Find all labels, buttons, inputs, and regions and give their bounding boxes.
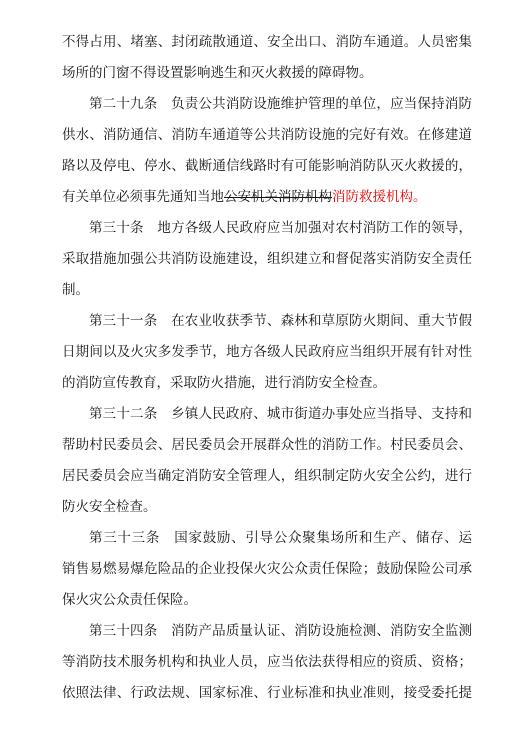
document-page: 不得占用、堵塞、封闭疏散通道、安全出口、消防车通道。人员密集 场所的门窗不得设置…	[0, 0, 530, 736]
document-line: 日期间以及火灾多发季节，地方各级人民政府应当组织开展有针对性	[62, 336, 472, 367]
document-line-article-34: 第三十四条 消防产品质量认证、消防设施检测、消防安全监测	[62, 615, 472, 646]
document-line: 防火安全检查。	[62, 491, 472, 522]
document-line: 居民委员会应当确定消防安全管理人，组织制定防火安全公约，进行	[62, 460, 472, 491]
document-line-edited: 有关单位必须事先通知当地公安机关消防机构消防救援机构。	[62, 181, 472, 212]
document-line: 制。	[62, 274, 472, 305]
document-line: 等消防技术服务机构和执业人员，应当依法获得相应的资质、资格；	[62, 646, 472, 677]
document-line: 依照法律、行政法规、国家标准、行业标准和执业准则，接受委托提	[62, 677, 472, 708]
document-line: 供水、消防通信、消防车通道等公共消防设施的完好有效。在修建道	[62, 119, 472, 150]
document-line: 路以及停电、停水、截断通信线路时有可能影响消防队灭火救援的，	[62, 150, 472, 181]
document-line-article-31: 第三十一条 在农业收获季节、森林和草原防火期间、重大节假	[62, 305, 472, 336]
inserted-text: 消防救援机构。	[332, 189, 427, 204]
edited-line-before-text: 有关单位必须事先通知当地	[62, 189, 224, 204]
document-line: 帮助村民委员会、居民委员会开展群众性的消防工作。村民委员会、	[62, 429, 472, 460]
document-line: 场所的门窗不得设置影响逃生和灭火救援的障碍物。	[62, 57, 472, 88]
document-line: 的消防宣传教育，采取防火措施，进行消防安全检查。	[62, 367, 472, 398]
document-line: 销售易燃易爆危险品的企业投保火灾公众责任保险；鼓励保险公司承	[62, 553, 472, 584]
document-line-article-29: 第二十九条 负责公共消防设施维护管理的单位，应当保持消防	[62, 88, 472, 119]
document-line-article-30: 第三十条 地方各级人民政府应当加强对农村消防工作的领导，	[62, 212, 472, 243]
document-line: 不得占用、堵塞、封闭疏散通道、安全出口、消防车通道。人员密集	[62, 26, 472, 57]
document-line: 采取措施加强公共消防设施建设，组织建立和督促落实消防安全责任	[62, 243, 472, 274]
document-line: 保火灾公众责任保险。	[62, 584, 472, 615]
document-line-article-32: 第三十二条 乡镇人民政府、城市街道办事处应当指导、支持和	[62, 398, 472, 429]
document-line-article-33: 第三十三条 国家鼓励、引导公众聚集场所和生产、储存、运输、	[62, 522, 472, 553]
deleted-text: 公安机关消防机构	[224, 189, 332, 204]
